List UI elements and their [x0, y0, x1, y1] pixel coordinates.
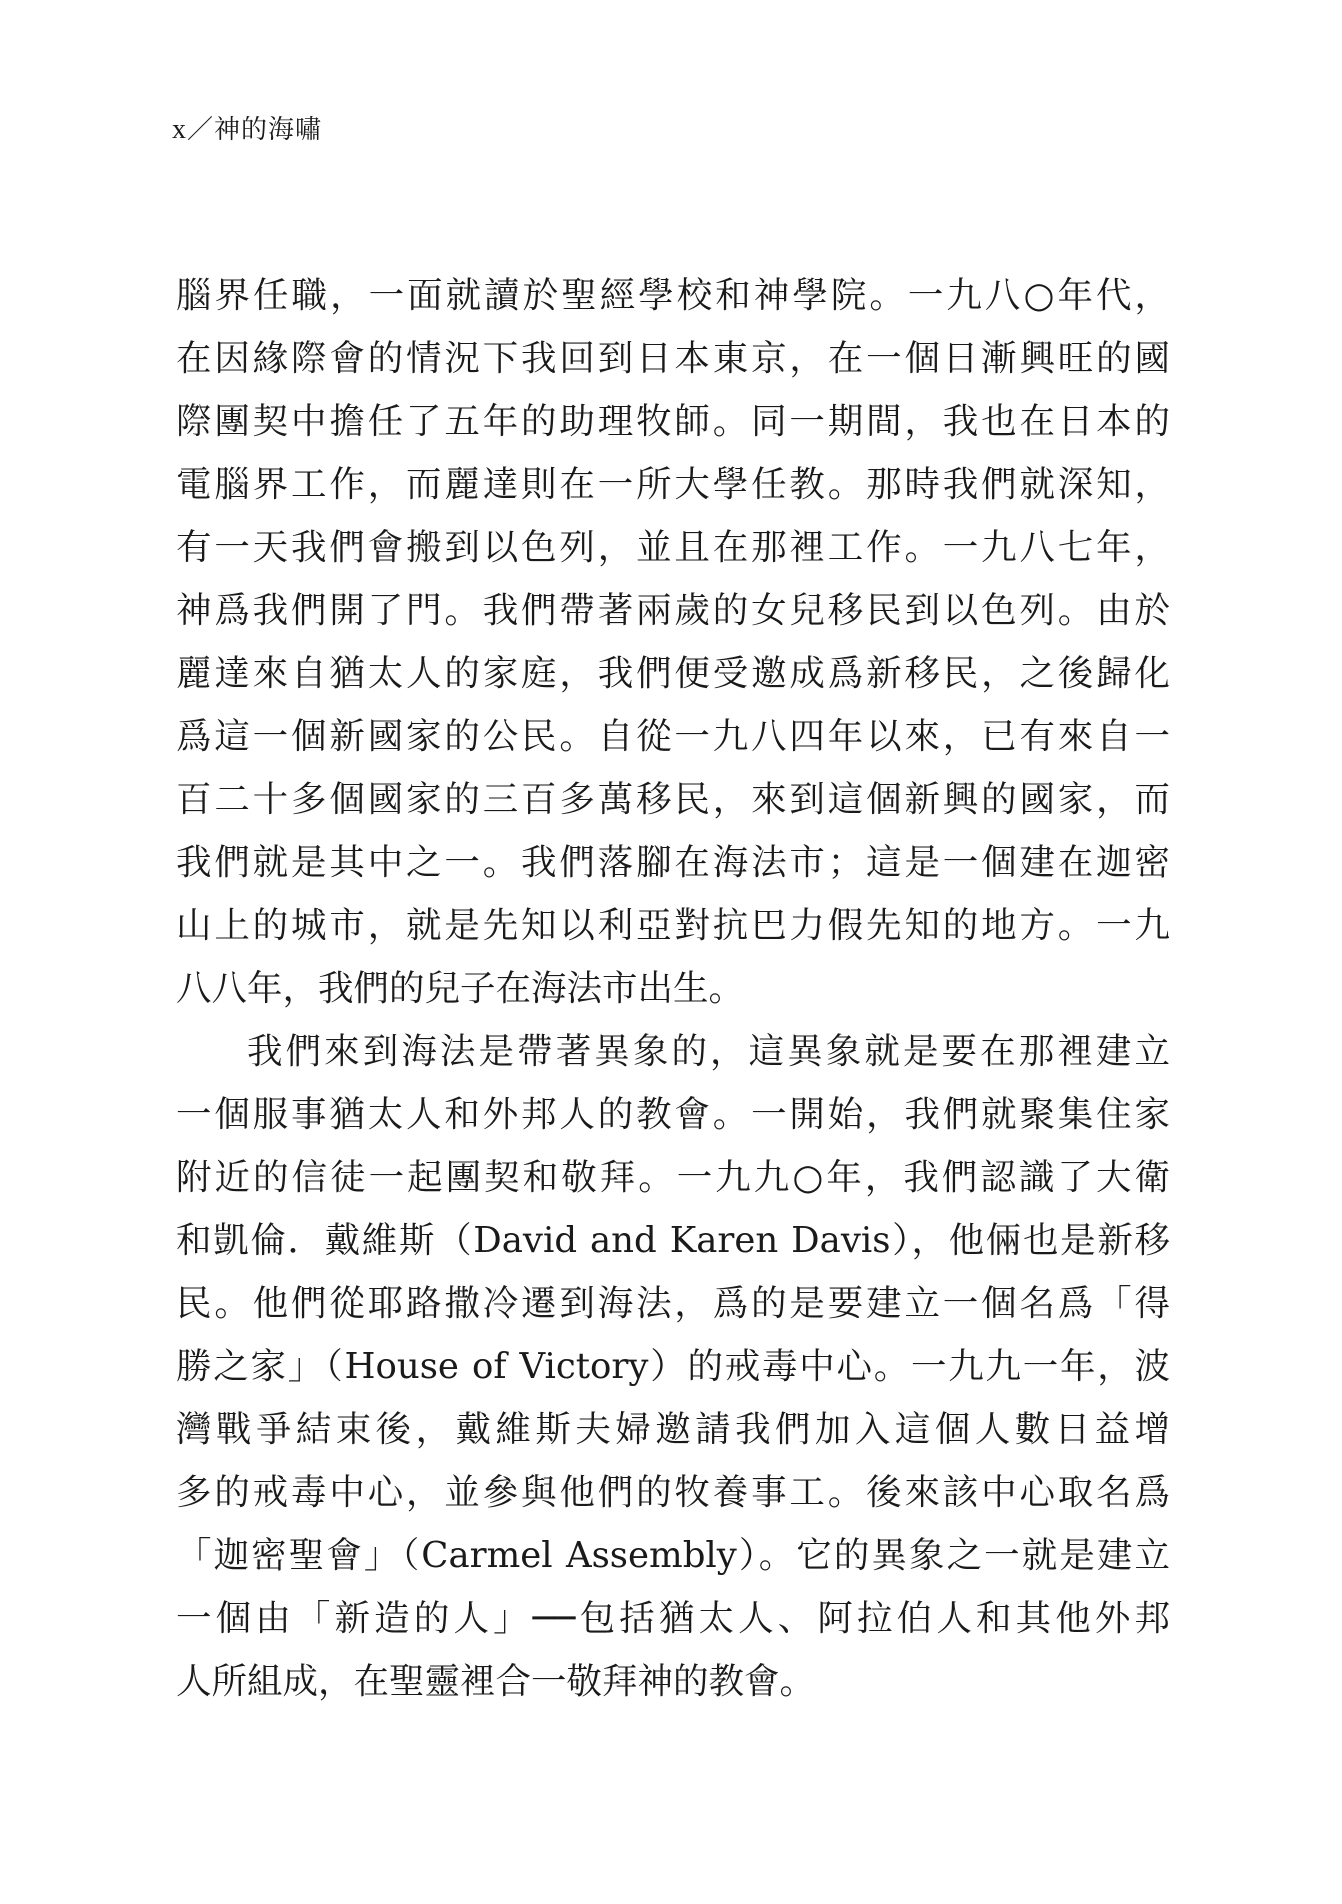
text-line: 神爲我們開了門。我們帶著兩歲的女兒移民到以色列。由於: [176, 579, 1170, 642]
text-line: 一個服事猶太人和外邦人的教會。一開始，我們就聚集住家: [176, 1083, 1170, 1146]
running-head: x／神的海嘯: [172, 112, 322, 148]
text-line: 際團契中擔任了五年的助理牧師。同一期間，我也在日本的: [176, 390, 1170, 453]
text-line: 腦界任職，一面就讀於聖經學校和神學院。一九八○年代，: [176, 264, 1170, 327]
text-line: 人所組成，在聖靈裡合一敬拜神的教會。: [176, 1650, 1170, 1713]
book-title: 神的海嘯: [214, 115, 322, 145]
text-line: 附近的信徒一起團契和敬拜。一九九○年，我們認識了大衛: [176, 1146, 1170, 1209]
text-line: 勝之家」（House of Victory）的戒毒中心。一九九一年，波: [176, 1335, 1170, 1398]
text-line: 灣戰爭結束後，戴維斯夫婦邀請我們加入這個人數日益增: [176, 1398, 1170, 1461]
text-line: 在因緣際會的情況下我回到日本東京，在一個日漸興旺的國: [176, 327, 1170, 390]
text-line: 爲這一個新國家的公民。自從一九八四年以來，已有來自一: [176, 705, 1170, 768]
text-line: 多的戒毒中心，並參與他們的牧養事工。後來該中心取名爲: [176, 1461, 1170, 1524]
page-number: x: [172, 114, 187, 145]
running-head-separator: ／: [187, 115, 214, 145]
text-line: 電腦界工作，而麗達則在一所大學任教。那時我們就深知，: [176, 453, 1170, 516]
text-line: 我們就是其中之一。我們落腳在海法市；這是一個建在迦密: [176, 831, 1170, 894]
text-line: 山上的城市，就是先知以利亞對抗巴力假先知的地方。一九: [176, 894, 1170, 957]
paragraph-1: 腦界任職，一面就讀於聖經學校和神學院。一九八○年代， 在因緣際會的情況下我回到日…: [176, 264, 1170, 1020]
text-line: 一個由「新造的人」──包括猶太人、阿拉伯人和其他外邦: [176, 1587, 1170, 1650]
text-line: 有一天我們會搬到以色列，並且在那裡工作。一九八七年，: [176, 516, 1170, 579]
text-line: 「迦密聖會」（Carmel Assembly）。它的異象之一就是建立: [176, 1524, 1170, 1587]
text-line: 民。他們從耶路撒冷遷到海法，爲的是要建立一個名爲「得: [176, 1272, 1170, 1335]
text-line: 和凱倫．戴維斯（David and Karen Davis），他倆也是新移: [176, 1209, 1170, 1272]
text-line: 八八年，我們的兒子在海法市出生。: [176, 957, 1170, 1020]
text-line: 我們來到海法是帶著異象的，這異象就是要在那裡建立: [176, 1020, 1170, 1083]
text-line: 麗達來自猶太人的家庭，我們便受邀成爲新移民，之後歸化: [176, 642, 1170, 705]
body-text: 腦界任職，一面就讀於聖經學校和神學院。一九八○年代， 在因緣際會的情況下我回到日…: [176, 264, 1170, 1713]
text-line: 百二十多個國家的三百多萬移民，來到這個新興的國家，而: [176, 768, 1170, 831]
paragraph-2: 我們來到海法是帶著異象的，這異象就是要在那裡建立 一個服事猶太人和外邦人的教會。…: [176, 1020, 1170, 1713]
